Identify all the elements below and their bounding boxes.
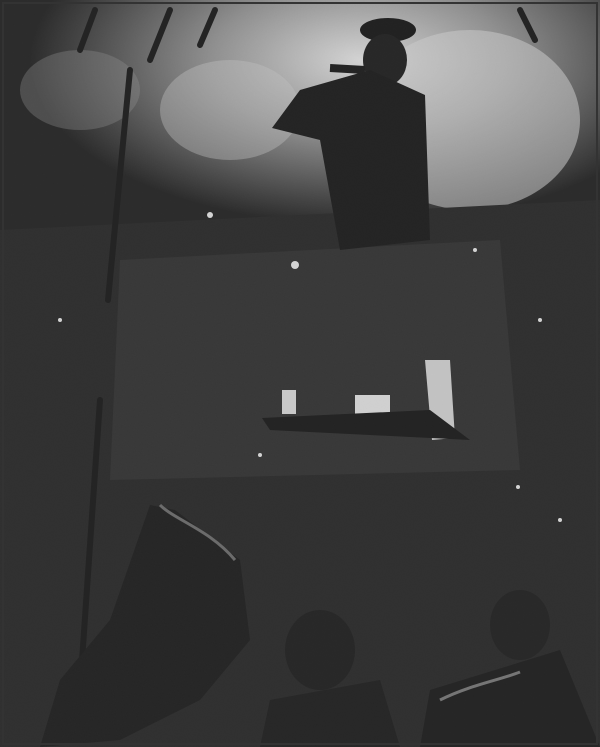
illustration-canvas: [0, 0, 600, 747]
engraving-illustration: [0, 0, 600, 747]
